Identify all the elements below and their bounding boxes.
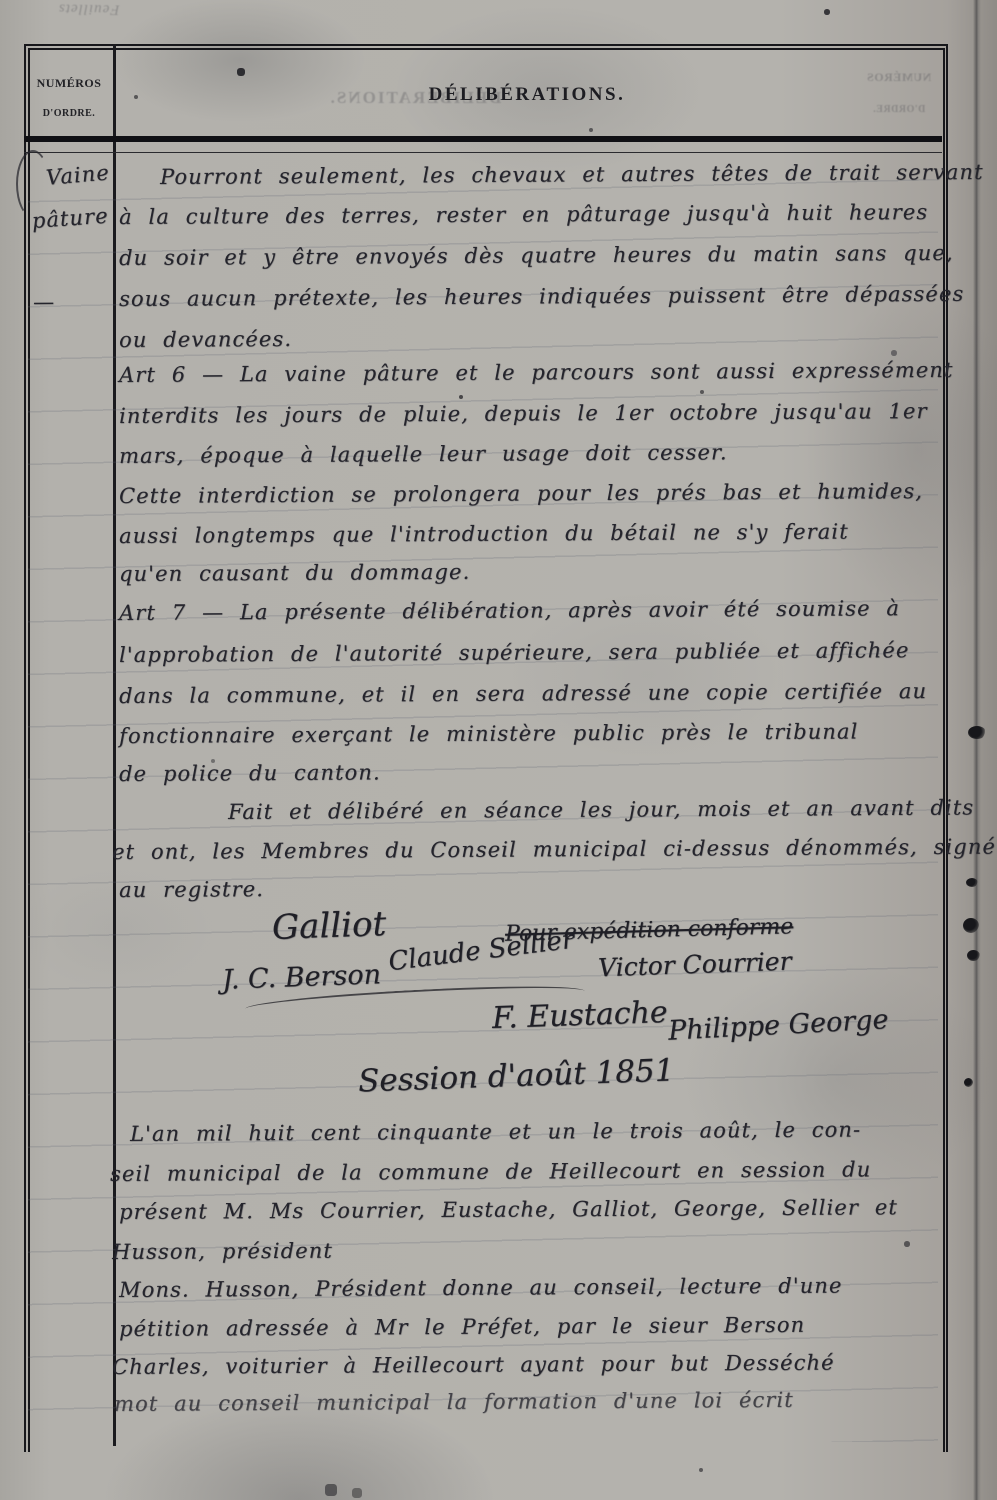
- paper-specks: [0, 0, 2, 2]
- manuscript-line: Art 7 — La présente délibération, après …: [119, 596, 900, 625]
- manuscript-line: Mons. Husson, Président donne au conseil…: [119, 1274, 843, 1302]
- manuscript-line: dans la commune, et il en sera adressé u…: [119, 679, 927, 708]
- manuscript-line: qu'en causant du dommage.: [119, 560, 470, 586]
- manuscript-line: présent M. Ms Courrier, Eustache, Gallio…: [119, 1195, 898, 1224]
- manuscript-line: de police du canton.: [119, 760, 381, 786]
- ink-blot: [967, 950, 980, 961]
- manuscript-line: du soir et y être envoyés dès quatre heu…: [119, 241, 954, 270]
- ink-blot: [966, 878, 978, 887]
- order-column-label-line2: D'ORDRE.: [24, 108, 114, 119]
- manuscript-line: à la culture des terres, rester en pâtur…: [119, 200, 928, 229]
- page-fold-line: [973, 0, 981, 1500]
- manuscript-line: Art 6 — La vaine pâture et le parcours s…: [119, 358, 954, 387]
- header-bottom-rule: [24, 136, 942, 153]
- register-page-scan: { "document": { "paper_color": "#b1afaa"…: [0, 0, 997, 1500]
- page-title: DÉLIBÉRATIONS.: [117, 84, 937, 106]
- manuscript-line: seil municipal de la commune de Heilleco…: [110, 1157, 871, 1186]
- margin-dash: —: [33, 290, 55, 314]
- ink-blot: [964, 1078, 973, 1087]
- manuscript-line: ou devancées.: [119, 327, 292, 352]
- ink-blot: [963, 918, 979, 933]
- manuscript-line: Husson, président: [112, 1239, 333, 1264]
- manuscript-line: mars, époque à laquelle leur usage doit …: [119, 440, 728, 468]
- order-column-label-line1: NUMÉROS: [24, 76, 114, 91]
- ghost-order-label-line2: D'ORDRE.: [858, 104, 940, 115]
- signature-galliot: Galliot: [271, 904, 387, 948]
- manuscript-line: fonctionnaire exerçant le ministère publ…: [119, 719, 858, 748]
- ghost-top-note: Feuillets: [58, 0, 120, 18]
- order-column-divider: [113, 44, 116, 1446]
- manuscript-line: l'approbation de l'autorité supérieure, …: [119, 638, 910, 667]
- manuscript-line: L'an mil huit cent cinquante et un le tr…: [130, 1118, 861, 1146]
- manuscript-line: au registre.: [119, 877, 264, 902]
- manuscript-line: aussi longtemps que l'introduction du bé…: [119, 520, 849, 548]
- manuscript-line: pétition adressée à Mr le Préfet, par le…: [119, 1313, 805, 1341]
- manuscript-line: Charles, voiturier à Heillecourt ayant p…: [112, 1351, 835, 1379]
- ghost-order-label-line1: NUMÉROS: [858, 70, 940, 85]
- signature-berson: J. C. Berson: [222, 959, 382, 996]
- manuscript-line: Cette interdiction se prolongera pour le…: [119, 479, 923, 508]
- signature-eustache: F. Eustache: [491, 995, 668, 1036]
- manuscript-line: interdits les jours de pluie, depuis le …: [119, 399, 928, 428]
- manuscript-line: Fait et délibéré en séance les jour, moi…: [228, 795, 974, 824]
- manuscript-line: Pourront seulement, les chevaux et autre…: [160, 160, 984, 189]
- ink-blot: [968, 726, 986, 739]
- manuscript-line: mot au conseil municipal la formation d'…: [114, 1388, 794, 1416]
